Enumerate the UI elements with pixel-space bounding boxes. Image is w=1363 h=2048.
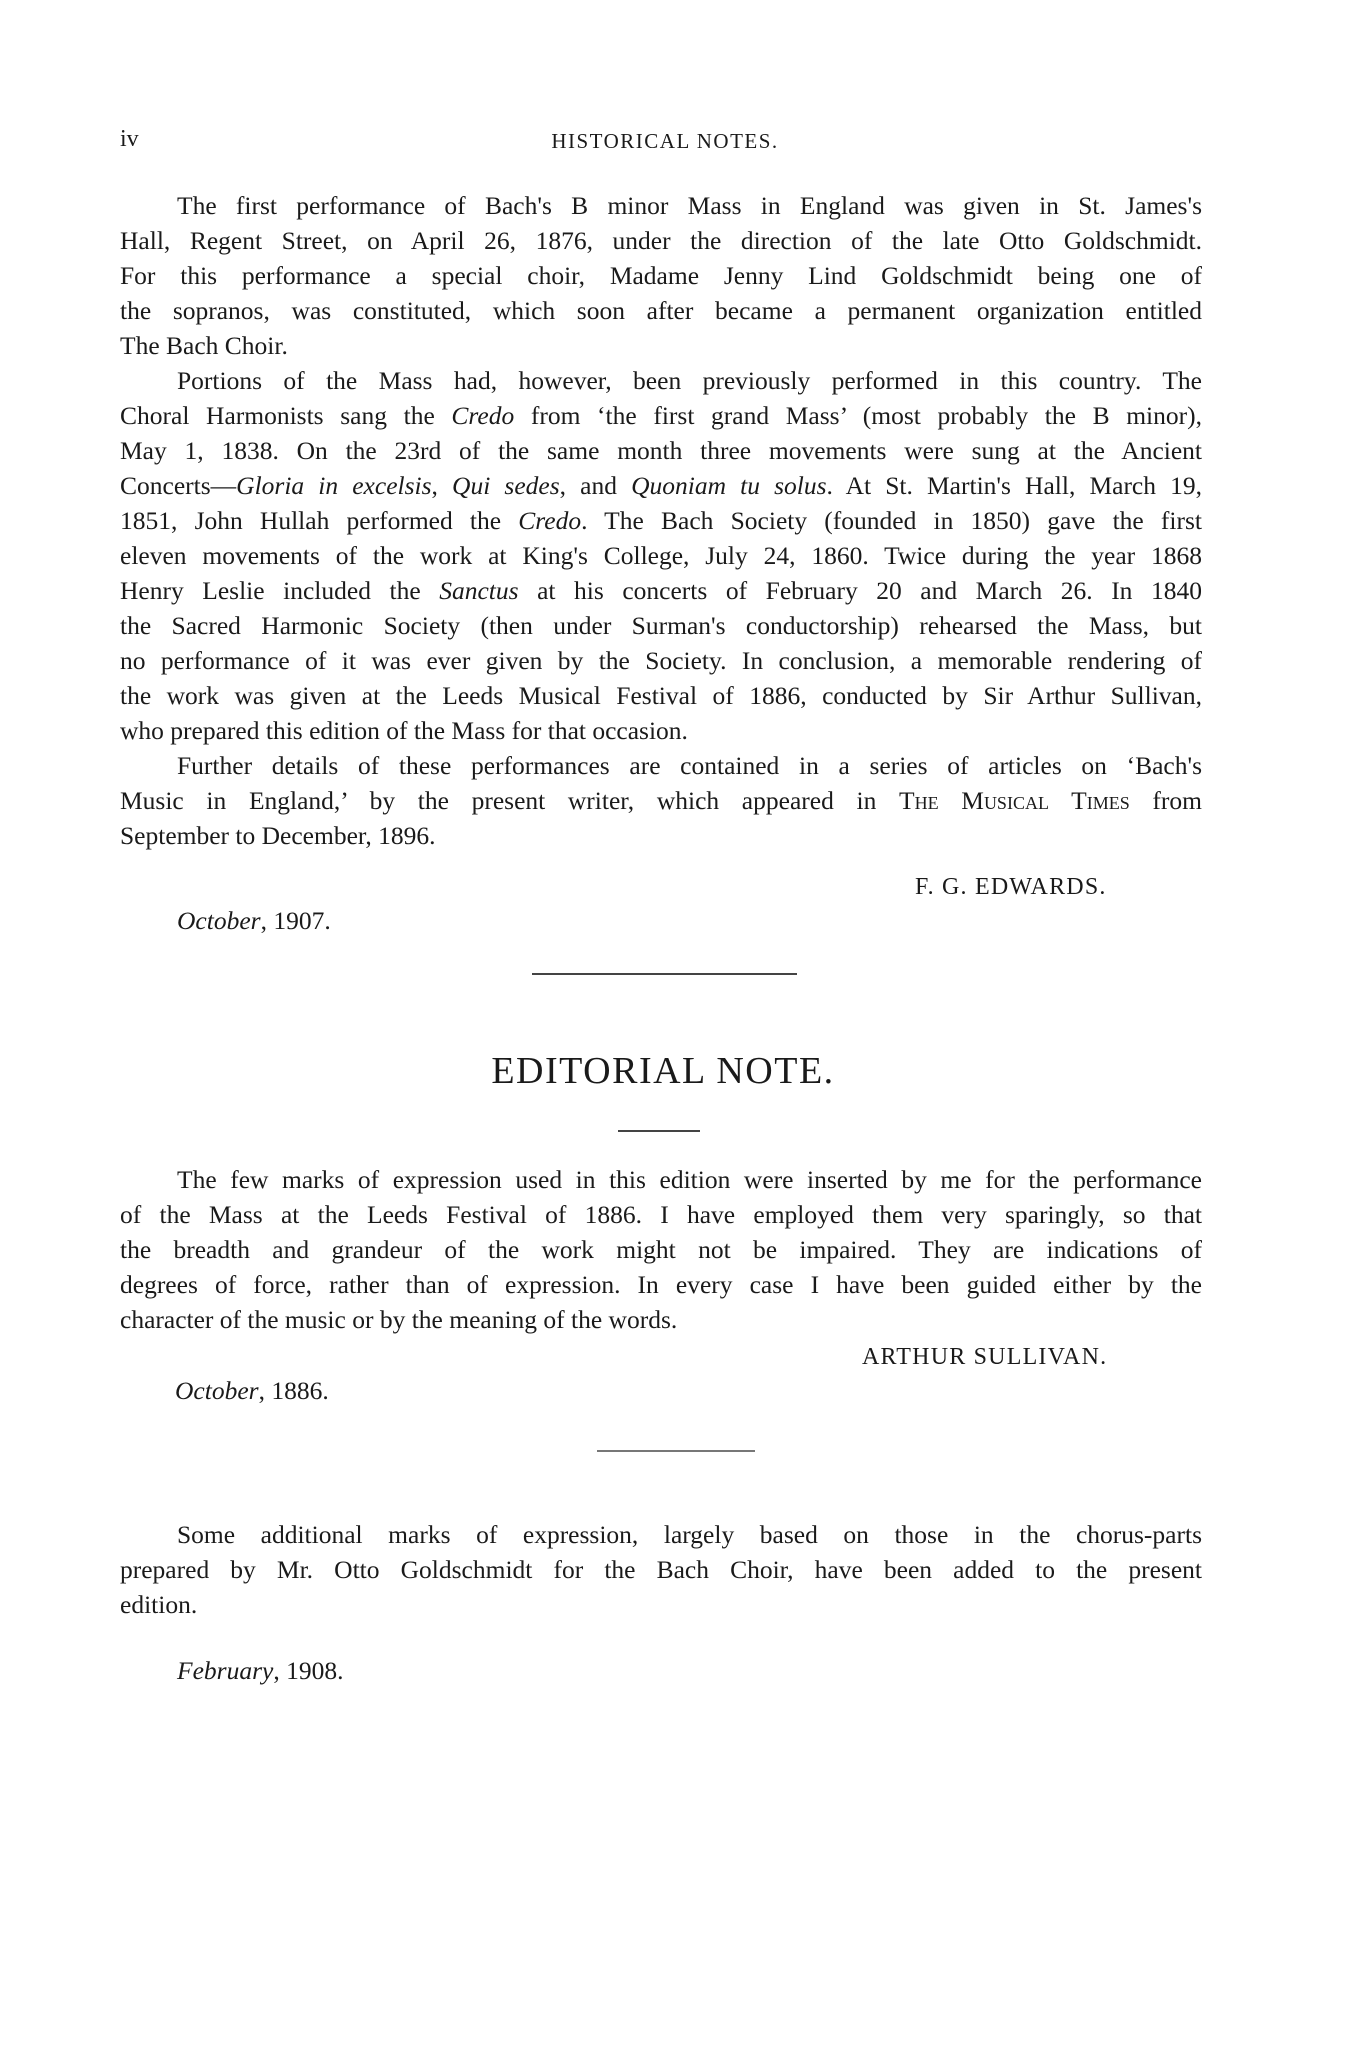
text-line: the Sacred Harmonic Society (then under … <box>120 608 1202 643</box>
italic-title: Credo <box>451 401 514 430</box>
text-line: Hall, Regent Street, on April 26, 1876, … <box>120 223 1202 258</box>
text-line: the sopranos, was constituted, which soo… <box>120 293 1202 328</box>
text-line: The first performance of Bach's B minor … <box>177 188 1202 223</box>
text-line: The few marks of expression used in this… <box>177 1162 1202 1197</box>
publication-title: The Musical Times <box>899 786 1130 815</box>
text-line: Choral Harmonists sang the Credo from ‘t… <box>120 398 1202 433</box>
page-number: iv <box>120 124 139 154</box>
italic-title: Gloria in excelsis <box>236 471 431 500</box>
text-line: Some additional marks of expression, lar… <box>177 1517 1202 1552</box>
text-line: Henry Leslie included the Sanctus at his… <box>120 573 1202 608</box>
text-line: prepared by Mr. Otto Goldschmidt for the… <box>120 1552 1202 1587</box>
italic-title: Sanctus <box>439 576 518 605</box>
section-title-editorial-note: EDITORIAL NOTE. <box>463 1046 863 1096</box>
text-line: Further details of these performances ar… <box>177 748 1202 783</box>
text-line: Concerts—Gloria in excelsis, Qui sedes, … <box>120 468 1202 503</box>
text-line: Music in England,’ by the present writer… <box>120 783 1202 818</box>
text-line: May 1, 1838. On the 23rd of the same mon… <box>120 433 1202 468</box>
italic-title: Quoniam tu solus <box>631 471 826 500</box>
text-line: 1851, John Hullah performed the Credo. T… <box>120 503 1202 538</box>
section-divider <box>597 1450 755 1452</box>
text-line: edition. <box>120 1587 1202 1622</box>
date-1886: October, 1886. <box>175 1373 329 1408</box>
section-divider <box>532 973 797 975</box>
text-line: of the Mass at the Leeds Festival of 188… <box>120 1197 1202 1232</box>
text-line: eleven movements of the work at King's C… <box>120 538 1202 573</box>
signature-edwards: F. G. EDWARDS. <box>915 872 1107 902</box>
text-line: who prepared this edition of the Mass fo… <box>120 713 1202 748</box>
date-1908: February, 1908. <box>177 1653 343 1688</box>
italic-title: Credo <box>518 506 581 535</box>
text-line: For this performance a special choir, Ma… <box>120 258 1202 293</box>
text-line: the work was given at the Leeds Musical … <box>120 678 1202 713</box>
text-line: no performance of it was ever given by t… <box>120 643 1202 678</box>
text-line: degrees of force, rather than of express… <box>120 1267 1202 1302</box>
text-line: character of the music or by the meaning… <box>120 1302 1202 1337</box>
text-line: the breadth and grandeur of the work mig… <box>120 1232 1202 1267</box>
signature-sullivan: ARTHUR SULLIVAN. <box>862 1342 1107 1372</box>
text-line: September to December, 1896. <box>120 818 1202 853</box>
title-underline <box>618 1130 700 1132</box>
text-line: Portions of the Mass had, however, been … <box>177 363 1202 398</box>
date-1907: October, 1907. <box>177 903 331 938</box>
running-head: HISTORICAL NOTES. <box>537 126 793 156</box>
italic-title: Qui sedes <box>452 471 560 500</box>
text-line: The Bach Choir. <box>120 328 1202 363</box>
